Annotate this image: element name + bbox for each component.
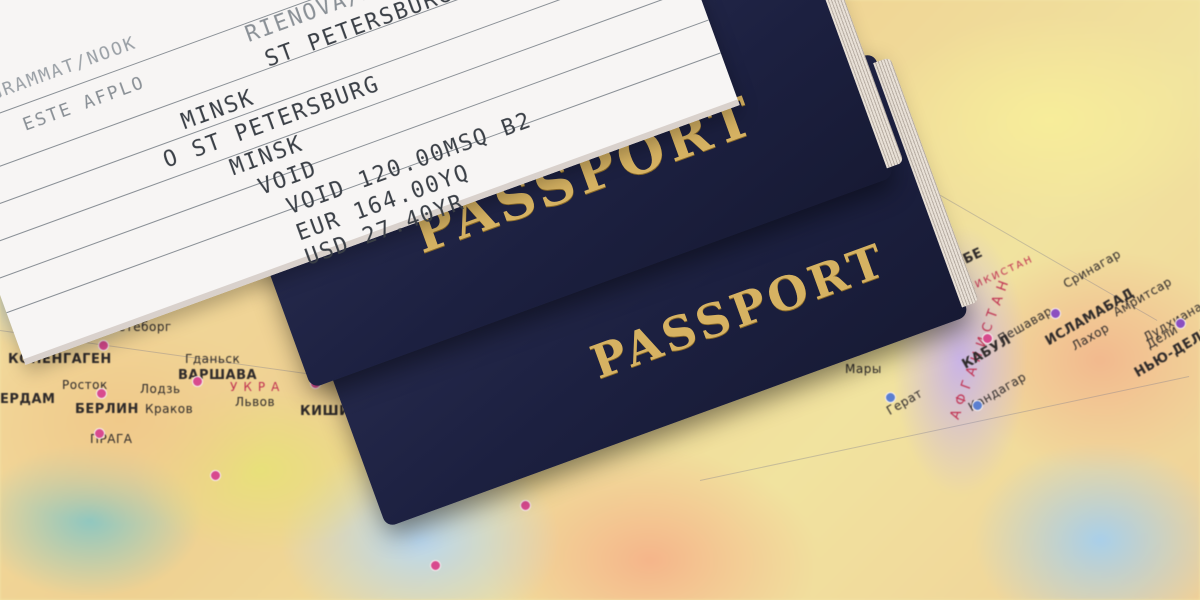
city-dot — [96, 388, 107, 399]
map-label-city: Краков — [145, 402, 193, 416]
city-dot — [192, 376, 203, 387]
city-dot — [430, 560, 441, 571]
city-dot — [885, 392, 896, 403]
city-dot — [1175, 318, 1186, 329]
city-dot — [982, 333, 993, 344]
map-label-city: БЕРЛИН — [75, 402, 139, 417]
map-label-city: Гданьск — [185, 352, 240, 366]
city-dot — [972, 400, 983, 411]
city-dot — [210, 470, 221, 481]
map-label-city: ЕРДАМ — [0, 392, 55, 407]
map-label-city: Лодзь — [140, 382, 181, 396]
city-dot — [1050, 308, 1061, 319]
map-label-city: Львов — [235, 395, 275, 409]
map-label-city: Мары — [845, 362, 882, 376]
city-dot — [520, 500, 531, 511]
city-dot — [94, 428, 105, 439]
photo-scene: Ставангер Ольборг Гетеборг КОПЕНГАГЕН ЕР… — [0, 0, 1200, 600]
city-dot — [98, 340, 109, 351]
map-label-country: УКРА — [230, 380, 285, 394]
